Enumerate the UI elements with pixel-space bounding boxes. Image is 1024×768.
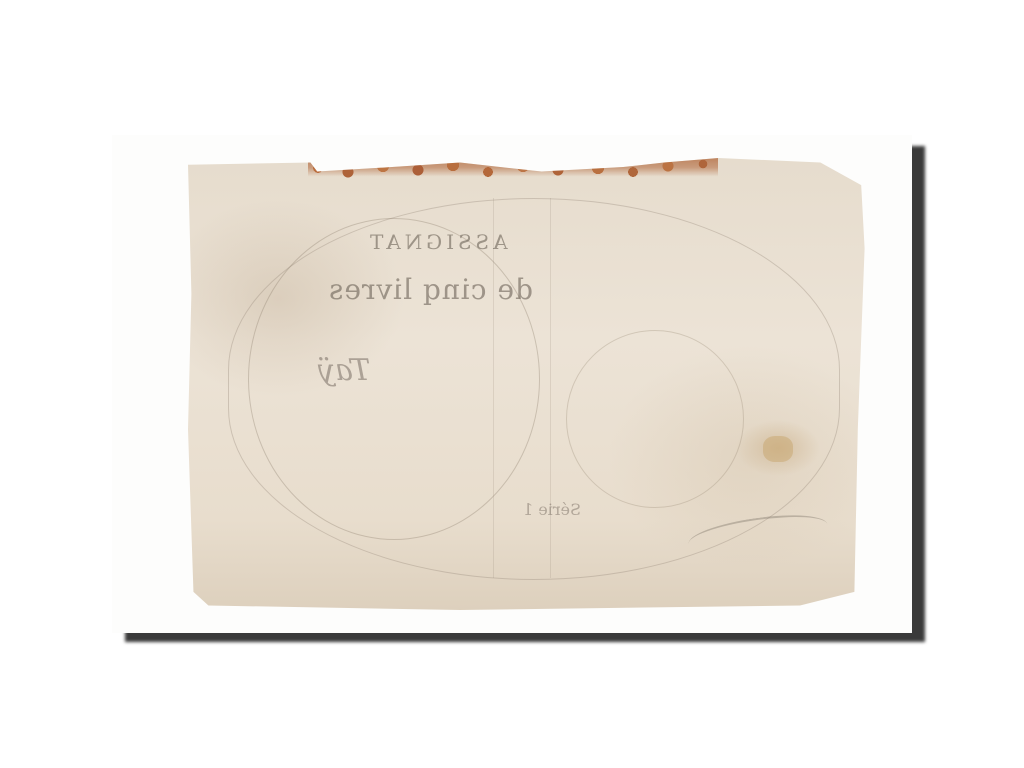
mirrored-denomination: de cinq livres <box>328 273 533 306</box>
mirrored-title: ASSIGNAT <box>366 230 508 254</box>
stain-mark <box>763 436 793 462</box>
center-divider <box>493 198 551 578</box>
mirrored-signature: Taÿ <box>318 353 371 388</box>
banknote: ASSIGNAT de cinq livres Taÿ Série 1 <box>188 158 868 610</box>
mirrored-series: Série 1 <box>523 500 581 519</box>
dry-seal-emblem <box>566 330 744 508</box>
